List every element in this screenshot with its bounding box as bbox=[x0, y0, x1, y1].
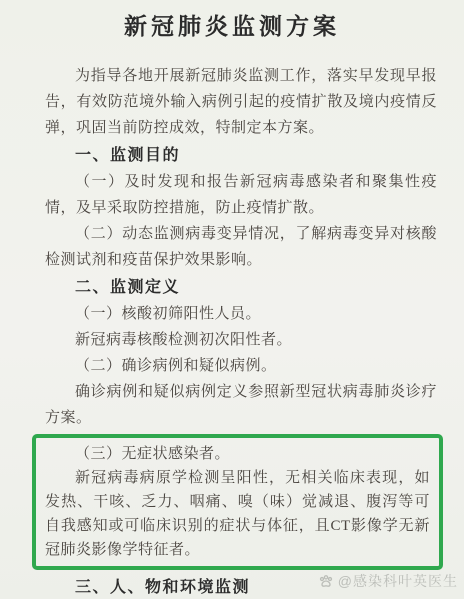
section-2-item-2: 新冠病毒核酸检测初次阳性者。 bbox=[45, 327, 437, 353]
highlight-item-1: （三）无症状感染者。 bbox=[45, 442, 430, 466]
section-2-item-3: （二）确诊病例和疑似病例。 bbox=[45, 353, 437, 379]
highlight-item-2: 新冠病毒病原学检测呈阳性，无相关临床表现，如发热、干咳、乏力、咽痛、嗅（味）觉减… bbox=[45, 466, 430, 562]
section-1-heading: 一、监测目的 bbox=[45, 143, 437, 169]
watermark: @感染科叶英医生 bbox=[318, 571, 458, 591]
paw-icon bbox=[318, 573, 334, 589]
watermark-text: @感染科叶英医生 bbox=[338, 571, 458, 591]
section-1-item-2: （二）动态监测病毒变异情况，了解病毒变异对核酸检测试剂和疫苗保护效果影响。 bbox=[45, 221, 437, 273]
section-2-heading: 二、监测定义 bbox=[45, 275, 437, 301]
section-2-item-1: （一）核酸初筛阳性人员。 bbox=[45, 301, 437, 327]
section-2-item-4: 确诊病例和疑似病例定义参照新型冠状病毒肺炎诊疗方案。 bbox=[45, 379, 437, 431]
intro-paragraph: 为指导各地开展新冠肺炎监测工作，落实早发现早报告，有效防范境外输入病例引起的疫情… bbox=[45, 63, 437, 141]
document-title: 新冠肺炎监测方案 bbox=[0, 11, 464, 41]
highlight-box: （三）无症状感染者。 新冠病毒病原学检测呈阳性，无相关临床表现，如发热、干咳、乏… bbox=[32, 434, 443, 570]
document-page: 新冠肺炎监测方案 为指导各地开展新冠肺炎监测工作，落实早发现早报告，有效防范境外… bbox=[0, 0, 464, 599]
section-1-item-1: （一）及时发现和报告新冠病毒感染者和聚集性疫情，及早采取防控措施，防止疫情扩散。 bbox=[45, 169, 437, 221]
